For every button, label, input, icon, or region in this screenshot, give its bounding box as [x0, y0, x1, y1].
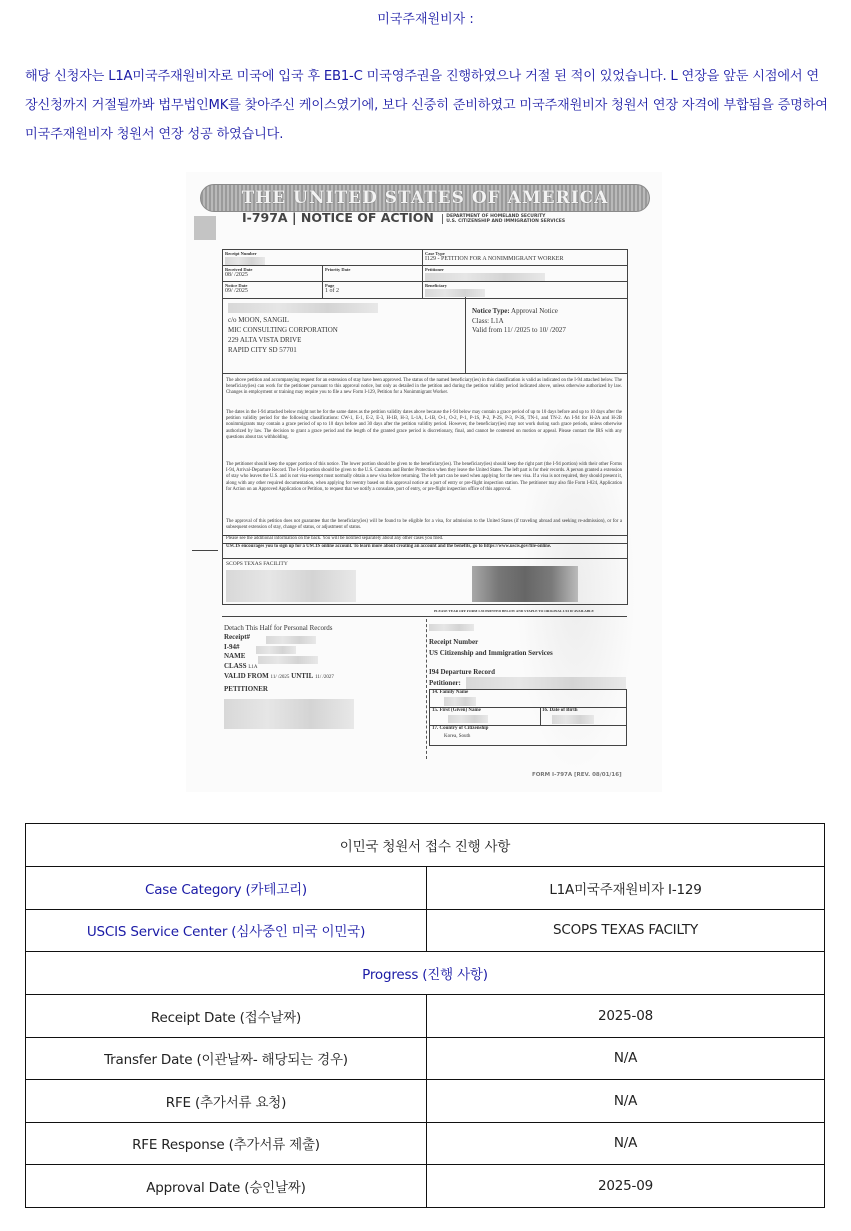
status-table-header: 이민국 청원서 접수 진행 사항 [26, 824, 825, 867]
redacted-barcode [472, 566, 578, 602]
paragraph-petitioner-portion: The petitioner should keep the upper por… [226, 462, 622, 493]
redacted-block [228, 303, 378, 313]
row-label: RFE (추가서류 요청) [26, 1080, 427, 1123]
row-label: RFE Response (추가서류 제출) [26, 1122, 427, 1165]
priority-date-cell: Priority Date [323, 266, 423, 282]
tear-off-instruction: PLEASE TEAR OFF FORM I-94 PRINTED BELOW … [434, 609, 594, 613]
paragraph-approval: The above petition and accompanying requ… [226, 378, 622, 397]
row-label: Approval Date (승인날짜) [26, 1165, 427, 1208]
page-cell: Page 1 of 2 [323, 282, 423, 298]
row-value: 2025-08 [427, 995, 825, 1038]
case-info-grid: Receipt Number Case Type I129 - PETITION… [222, 249, 628, 299]
redacted-block [226, 570, 356, 602]
notice-date-cell: Notice Date 09/ /2025 [223, 282, 323, 298]
i797a-approval-notice-image: THE UNITED STATES OF AMERICA I-797A | NO… [186, 172, 662, 792]
row-value: SCOPS TEXAS FACILTY [427, 909, 825, 952]
row-value: N/A [427, 1080, 825, 1123]
tear-line [426, 619, 427, 759]
receipt-number-cell: Receipt Number [223, 250, 423, 266]
table-row: Approval Date (승인날짜) 2025-09 [26, 1165, 825, 1208]
row-label: Case Category (카테고리) [26, 867, 427, 910]
table-row: RFE (추가서류 요청) N/A [26, 1080, 825, 1123]
additional-info-line: Please see the additional information on… [226, 536, 622, 542]
case-type-cell: Case Type I129 - PETITION FOR A NONIMMIG… [423, 250, 627, 266]
row-value: L1A미국주재원비자 I-129 [427, 867, 825, 910]
row-value: N/A [427, 1037, 825, 1080]
received-date-cell: Received Date 08/ /2025 [223, 266, 323, 282]
notice-type-block: Notice Type: Approval Notice Class: L1A … [472, 307, 566, 336]
petition-status-table: 이민국 청원서 접수 진행 사항 Case Category (카테고리) L1… [25, 823, 825, 1208]
row-value: N/A [427, 1122, 825, 1165]
page-title: 미국주재원비자 : [0, 8, 851, 27]
table-row: RFE Response (추가서류 제출) N/A [26, 1122, 825, 1165]
document-banner: THE UNITED STATES OF AMERICA [200, 184, 650, 212]
form-header: I-797A | NOTICE OF ACTION DEPARTMENT OF … [242, 210, 565, 225]
department-label: DEPARTMENT OF HOMELAND SECURITY U.S. CIT… [442, 214, 565, 224]
progress-header: Progress (진행 사항) [26, 952, 825, 995]
row-label: USCIS Service Center (심사중인 미국 이민국) [26, 909, 427, 952]
petitioner-cell: Petitioner [423, 266, 627, 282]
paragraph-no-guarantee: The approval of this petition does not g… [226, 519, 622, 531]
table-row: Receipt Date (접수날짜) 2025-08 [26, 995, 825, 1038]
table-row: Transfer Date (이관날짜- 해당되는 경우) N/A [26, 1037, 825, 1080]
form-number: FORM I-797A [REV. 08/01/16] [532, 772, 622, 778]
row-label: Receipt Date (접수날짜) [26, 995, 427, 1038]
paragraph-i94-dates: The dates in the I-94 attached below mig… [226, 410, 622, 441]
table-row: Case Category (카테고리) L1A미국주재원비자 I-129 [26, 867, 825, 910]
row-label: Transfer Date (이관날짜- 해당되는 경우) [26, 1037, 427, 1080]
intro-paragraph: 해당 신청자는 L1A미국주재원비자로 미국에 입국 후 EB1-C 미국영주권… [25, 62, 830, 149]
online-account-line: USCIS encourages you to sign up for a US… [226, 544, 622, 550]
form-title: I-797A | NOTICE OF ACTION [242, 210, 434, 225]
beneficiary-cell: Beneficiary [423, 282, 627, 298]
redacted-block [194, 216, 216, 240]
table-row: USCIS Service Center (심사중인 미국 이민국) SCOPS… [26, 909, 825, 952]
mailing-address: c/o MOON, SANGIL MIC CONSULTING CORPORAT… [228, 315, 338, 355]
row-value: 2025-09 [427, 1165, 825, 1208]
